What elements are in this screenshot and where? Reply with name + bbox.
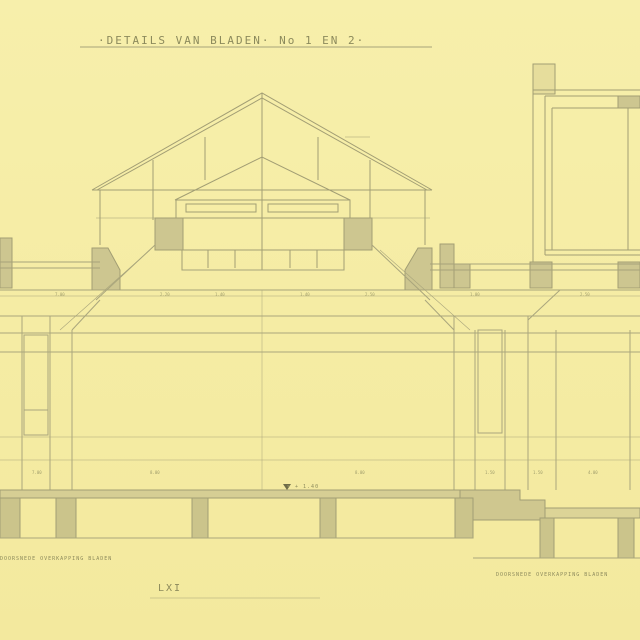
- sheet-number: LXI: [158, 583, 182, 594]
- dimension-label: 8.00: [355, 470, 365, 475]
- roof-truss: [92, 93, 432, 270]
- dimension-label: 4.00: [588, 470, 598, 475]
- dimension-label: 2.50: [365, 292, 375, 297]
- dimension-label: 1.50: [533, 470, 543, 475]
- dimension-label: 1.50: [485, 470, 495, 475]
- drawing-title: ·DETAILS VAN BLADEN· No 1 EN 2·: [98, 34, 365, 47]
- level-mark: ▼ + 1.40: [287, 484, 319, 490]
- dimension-label: 2.20: [160, 292, 170, 297]
- dimension-label: 1.40: [215, 292, 225, 297]
- dimension-label: 7.00: [55, 292, 65, 297]
- dimension-label: 2.50: [580, 292, 590, 297]
- architectural-section-drawing: [0, 0, 640, 640]
- dimension-label: 8.00: [150, 470, 160, 475]
- dimension-label: 1.40: [300, 292, 310, 297]
- dimension-label: 7.00: [32, 470, 42, 475]
- caption-right: DOORSNEDE OVERKAPPING BLADEN: [496, 572, 608, 578]
- caption-left: DOORSNEDE OVERKAPPING BLADEN: [0, 556, 112, 562]
- dimension-label: 1.00: [470, 292, 480, 297]
